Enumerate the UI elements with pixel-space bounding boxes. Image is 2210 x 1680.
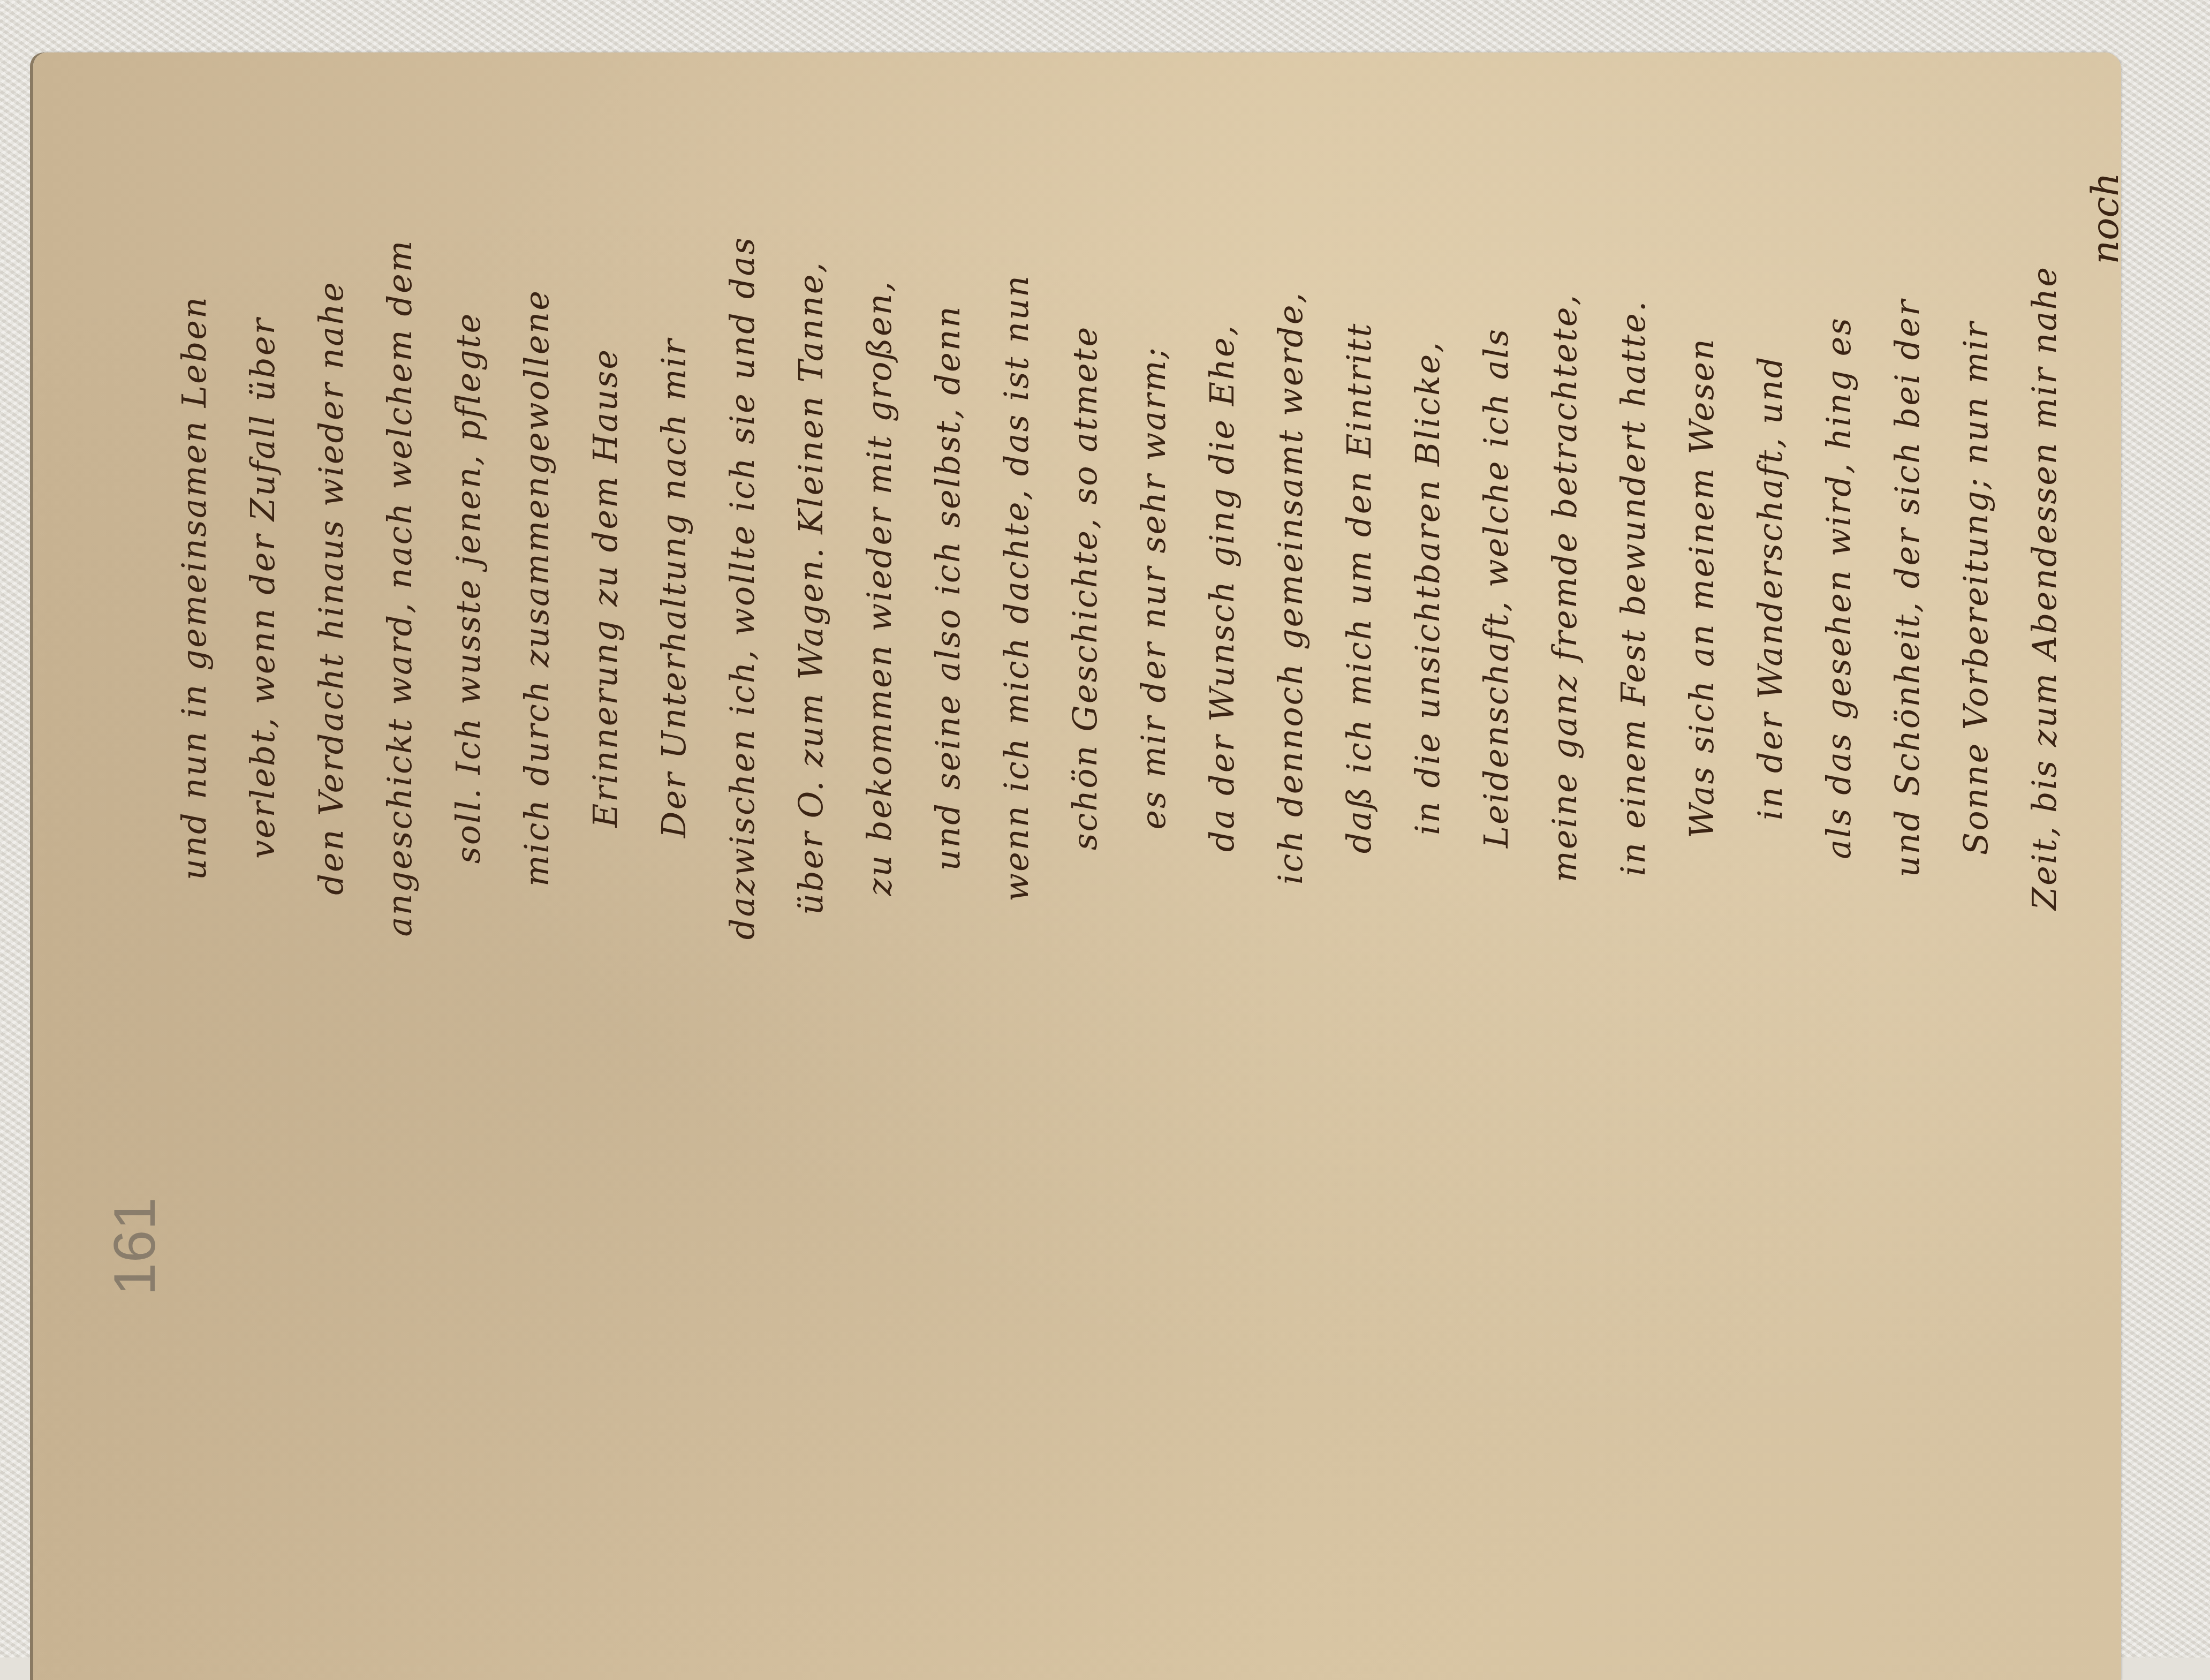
text-line: meine ganz fremde betrachtete, (1535, 133, 1594, 1043)
page-number: 161 (97, 1193, 172, 1300)
text-line: in einem Fest bewundert hatte. (1603, 133, 1662, 1043)
text-line: und seine also ich selbst, denn (918, 133, 977, 1043)
text-line: Zeit, bis zum Abendessen mir nahe (2015, 133, 2073, 1043)
text-line: den Verdacht hinaus wieder nahe (301, 133, 360, 1043)
text-line: Was sich an meinem Wesen (1672, 133, 1731, 1043)
text-line: verlebt, wenn der Zufall über (233, 133, 292, 1043)
text-line: Leidenschaft, welche ich als (1466, 133, 1525, 1043)
text-line: Erinnerung zu dem Hause (576, 133, 634, 1043)
text-line: dazwischen ich, wollte ich sie und das (713, 133, 771, 1043)
handwritten-text-block: und nun in gemeinsamen Leben verlebt, we… (164, 133, 2038, 1043)
text-line: angeschickt ward, nach welchem dem (370, 133, 429, 1043)
text-line: schön Geschichte, so atmete (1055, 133, 1114, 1043)
catchword: noch (2068, 149, 2143, 288)
text-line: in die unsichtbaren Blicke, (1398, 133, 1457, 1043)
text-line: in der Wanderschaft, und (1740, 133, 1799, 1043)
text-line: über O. zum Wagen. Kleinen Tanne, (781, 133, 840, 1043)
text-line: zu bekommen wieder mit großen, (850, 133, 909, 1043)
text-line: wenn ich mich dachte, das ist nun (987, 133, 1046, 1043)
text-line: und nun in gemeinsamen Leben (164, 133, 223, 1043)
text-line: Der Unterhaltung nach mir (644, 133, 703, 1043)
text-line: ich dennoch gemeinsamt werde, (1261, 133, 1320, 1043)
text-line: mich durch zusammengewollene (507, 133, 566, 1043)
text-line: da der Wunsch ging die Ehe, (1192, 133, 1251, 1043)
text-line: Sonne Vorbereitung; nun mir (1946, 133, 2005, 1043)
text-line: und Schönheit, der sich bei der (1878, 133, 1936, 1043)
text-line: als das gesehen wird, hing es (1809, 133, 1868, 1043)
manuscript-page: 161 und nun in gemeinsamen Leben verlebt… (33, 52, 2121, 1658)
text-line: soll. Ich wusste jenen, pflegte (438, 133, 497, 1043)
text-line: daß ich mich um den Eintritt (1329, 133, 1388, 1043)
text-line: es mir der nur sehr warm; (1124, 133, 1183, 1043)
